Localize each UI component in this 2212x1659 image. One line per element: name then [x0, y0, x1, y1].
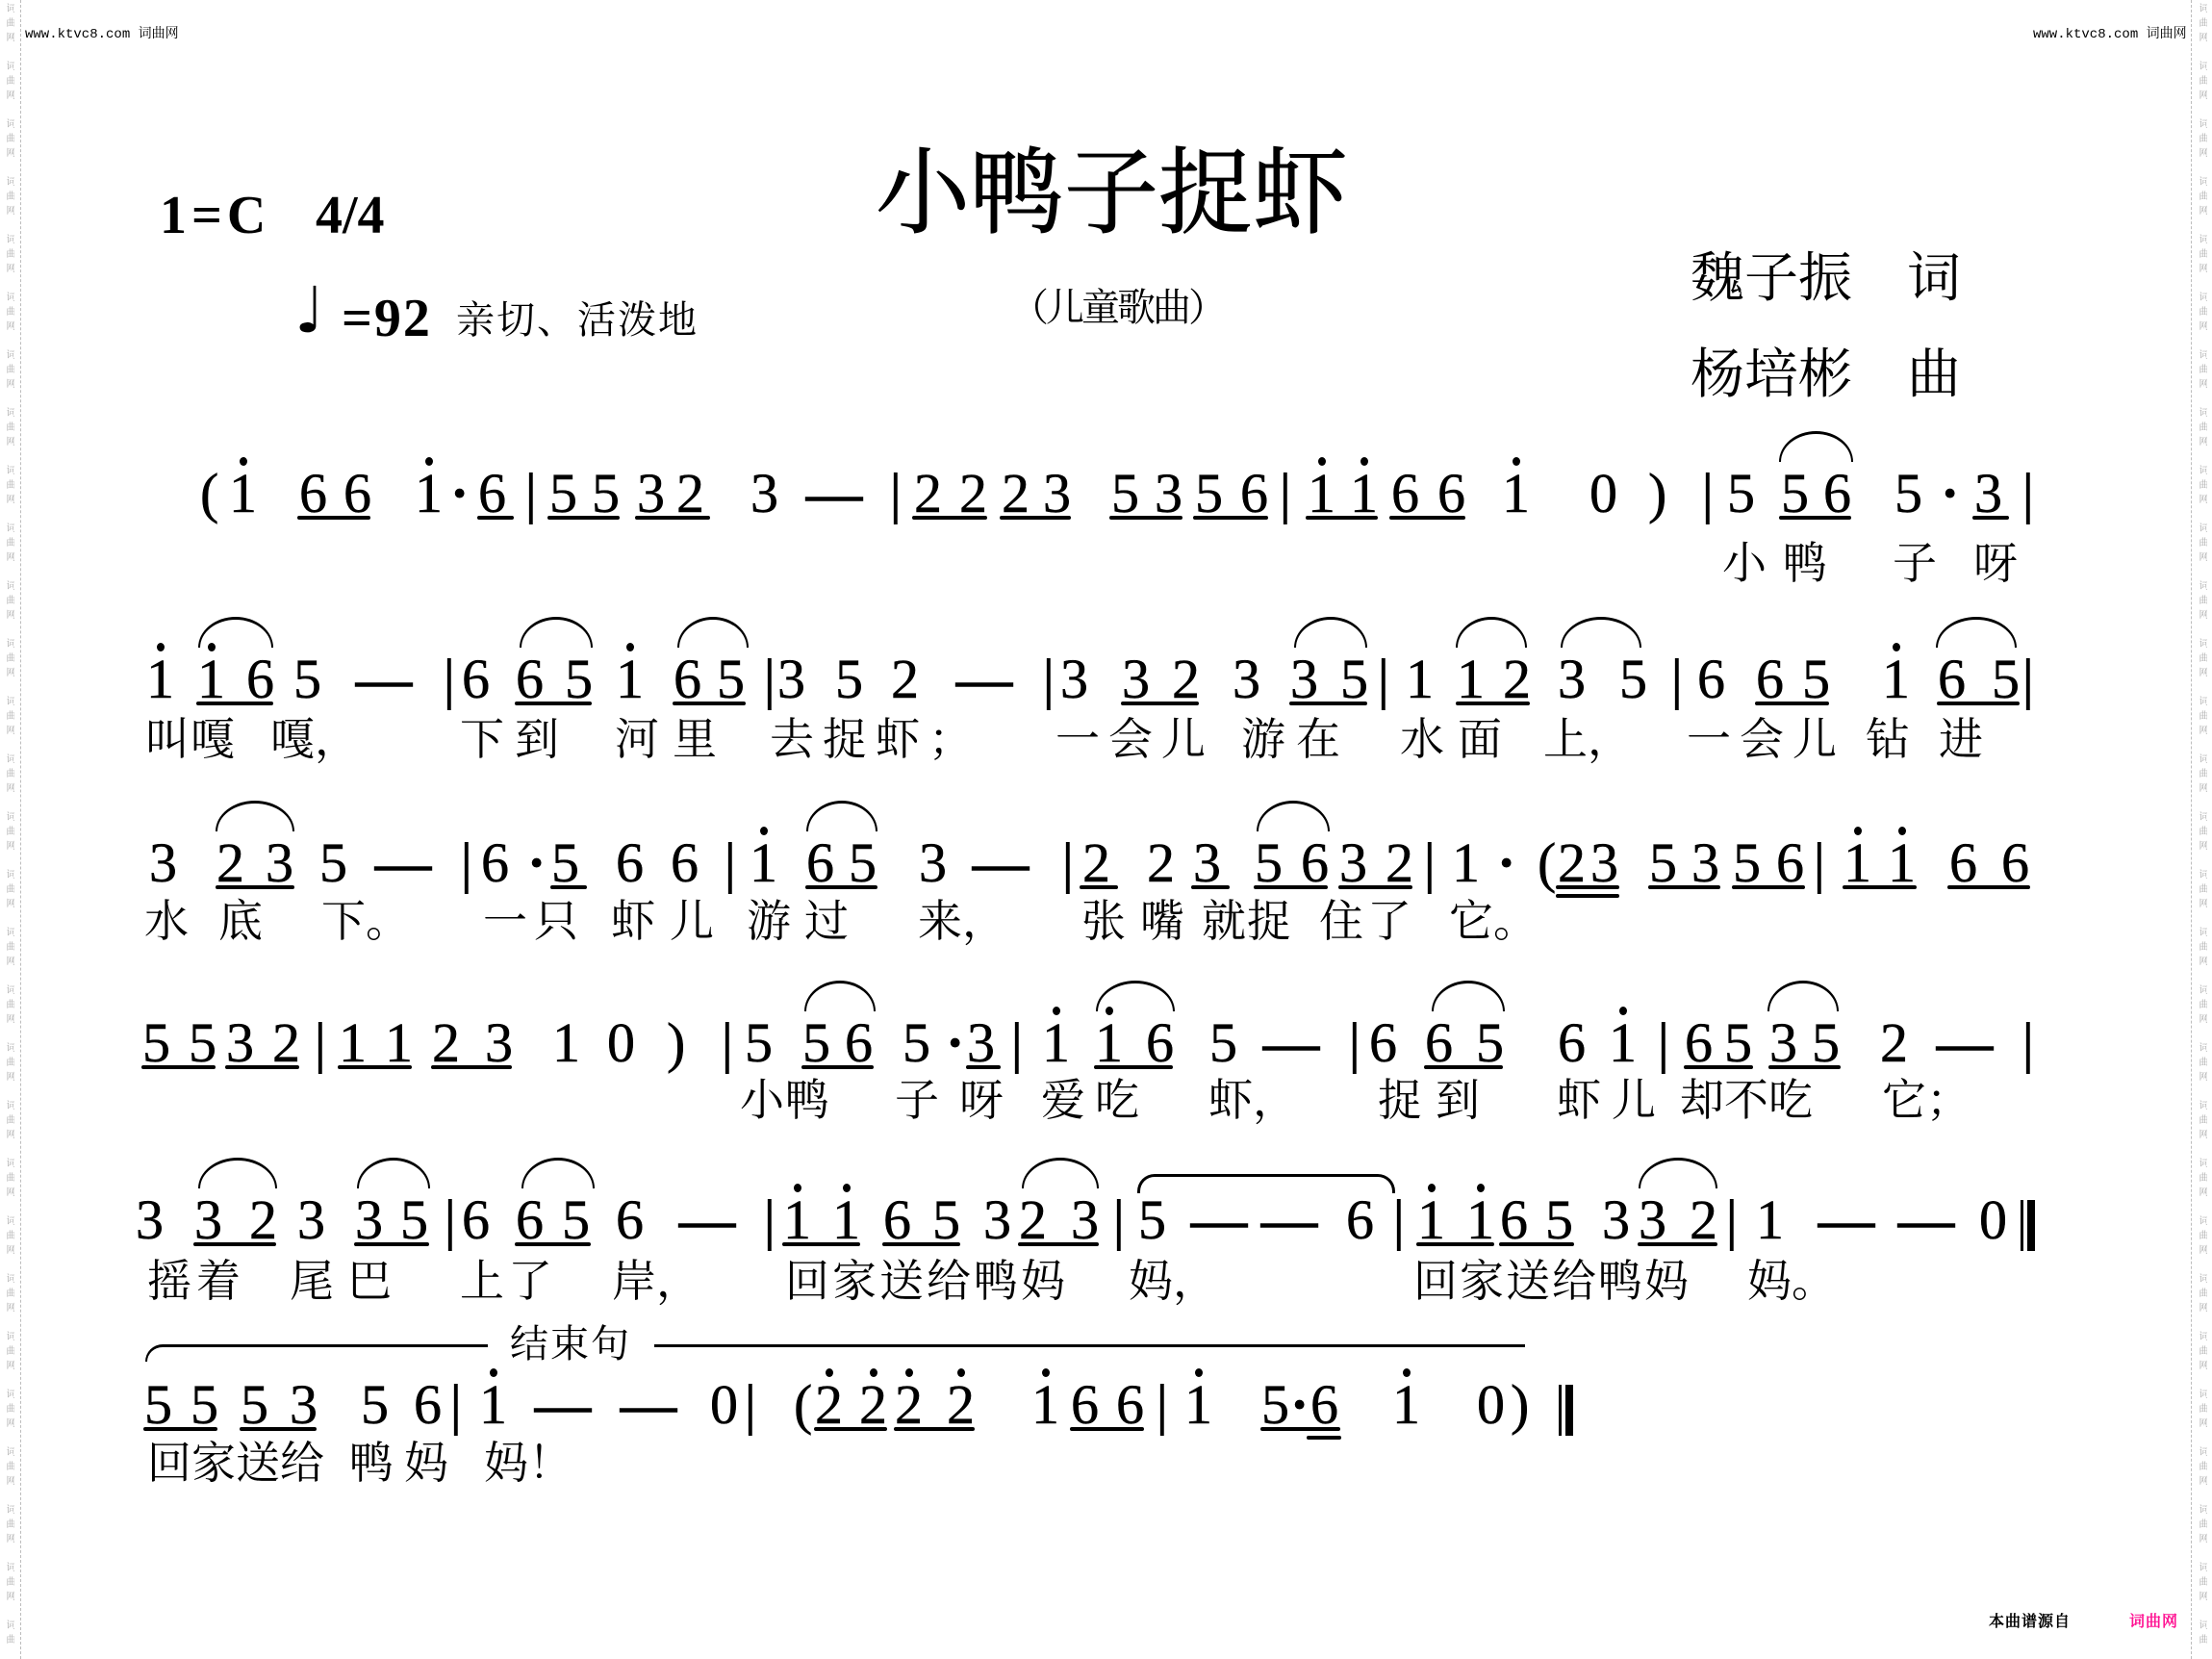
rest: 0 — [1979, 1192, 2007, 1248]
beam-underline — [635, 516, 710, 520]
dash-extension: — — [956, 651, 1012, 707]
note: 3 — [355, 1192, 383, 1248]
note: 1 — [1406, 651, 1434, 707]
note: 2 — [1880, 1015, 1908, 1071]
lyric: 尾巴 — [290, 1259, 405, 1303]
lyricist-role: 词 — [1907, 252, 1961, 306]
note: 3 — [1691, 835, 1719, 891]
augmentation-dot: · — [1941, 466, 1959, 522]
lyric: 底 — [218, 899, 263, 943]
lyric: 游过 — [747, 899, 862, 943]
note: 5 — [717, 651, 745, 707]
lyrics-row: 摇着 尾巴 上了 岸， 回家送给鸭妈 妈， 回家送给鸭妈 妈。 — [0, 1259, 2212, 1307]
lyric: 虾儿 — [611, 899, 728, 943]
note: 5 — [1340, 651, 1368, 707]
header-site-left: www.ktvc8.com 词曲网 — [25, 28, 179, 41]
beam-underline — [1972, 516, 2009, 520]
beam-underline — [193, 1242, 276, 1246]
lyric: 上， — [1543, 717, 1632, 761]
dash-extension: — — [1898, 1192, 1954, 1248]
lyric: 下到 — [460, 717, 570, 761]
note: 6 — [481, 835, 509, 891]
beam-underline — [1638, 1242, 1717, 1246]
barline: | — [2022, 466, 2034, 522]
note: 1 — [479, 1377, 507, 1433]
dash-extension: — — [1191, 1192, 1247, 1248]
note: 3 — [1155, 466, 1182, 522]
beam-underline — [1094, 1065, 1173, 1069]
beam-underline — [1732, 885, 1805, 889]
note: 5 — [745, 1015, 773, 1071]
note: 5 — [849, 835, 877, 891]
beam-underline — [196, 702, 273, 705]
note: 3 — [983, 1192, 1011, 1248]
beam-underline — [1289, 702, 1367, 705]
slur — [806, 801, 877, 831]
note: 3 — [967, 1015, 995, 1071]
note: 5 — [1195, 466, 1223, 522]
note: 2 — [1172, 651, 1200, 707]
score-line-2: 1 1 6 5 — | 6 6 5 1 6 5 | 3 5 2 — | 3 3 … — [0, 651, 2212, 719]
slur — [198, 617, 273, 648]
beam-underline — [912, 516, 987, 520]
note: 5 — [361, 1377, 389, 1433]
ending-bracket-right — [654, 1344, 1525, 1362]
slur — [1432, 981, 1505, 1011]
beam-underline — [1456, 702, 1530, 705]
slur — [1779, 431, 1853, 462]
barline: | — [1378, 651, 1389, 707]
note: 6 — [806, 835, 834, 891]
beam-underline — [550, 885, 587, 889]
note: 6 — [1301, 835, 1329, 891]
tempo-value: =92 — [342, 292, 432, 345]
lyric: 叫嘎 — [145, 717, 236, 761]
sheet-music-page: 词曲网 词曲网 词曲网 词曲网 词曲网 词曲网 词曲网 词曲网 词曲网 词曲网 … — [0, 0, 2212, 1659]
note: 2 — [1503, 651, 1531, 707]
lyric: 嘎， — [270, 717, 359, 761]
slur — [216, 801, 294, 831]
note: 3 — [1769, 1015, 1797, 1071]
barline: | — [1424, 835, 1436, 891]
key-signature: 1=C — [160, 189, 270, 242]
note: 5 — [241, 1377, 268, 1433]
note: 6 — [671, 835, 699, 891]
barline: | — [1726, 1192, 1738, 1248]
note: 1 — [1466, 1192, 1494, 1248]
slur — [804, 981, 876, 1011]
barline: | — [1280, 466, 1291, 522]
note: 6 — [462, 651, 490, 707]
barline: | — [722, 1015, 733, 1071]
note: 6 — [674, 651, 701, 707]
note: 1 — [552, 1015, 580, 1071]
beam-underline — [1121, 702, 1199, 705]
note: 6 — [1685, 1015, 1713, 1071]
lyric: 回家送给 — [147, 1441, 324, 1485]
note: 3 — [1974, 466, 2002, 522]
lyric: 妈。 — [1747, 1259, 1836, 1303]
slur — [1257, 801, 1330, 831]
note: 6 — [1437, 466, 1465, 522]
beam-underline — [1191, 885, 1230, 889]
note: 6 — [1938, 651, 1966, 707]
barline: | — [1349, 1015, 1360, 1071]
lyric: 摇着 — [147, 1259, 245, 1303]
note: 1 — [783, 1192, 811, 1248]
note: 2 — [216, 835, 244, 891]
note: 3 — [485, 1015, 513, 1071]
beam-underline — [1338, 885, 1412, 889]
note: 6 — [1776, 835, 1804, 891]
note: 6 — [1391, 466, 1419, 522]
barline: | — [1113, 1192, 1125, 1248]
slur — [1294, 617, 1367, 648]
barline: | — [1011, 1015, 1023, 1071]
beam-underline — [882, 1242, 960, 1246]
note: 1 — [1457, 651, 1485, 707]
lyric: 鸭 — [349, 1441, 394, 1485]
note: 6 — [1823, 466, 1851, 522]
note: 3 — [149, 835, 177, 891]
note: 6 — [1146, 1015, 1174, 1071]
note: 1 — [1042, 1015, 1070, 1071]
augmentation-dot: · — [1497, 835, 1515, 891]
beam-underline — [338, 1065, 412, 1069]
note: 6 — [1949, 835, 1977, 891]
note: 1 — [339, 1015, 367, 1071]
note: 5 — [1111, 466, 1139, 522]
note: 1 — [385, 1015, 413, 1071]
dash-extension: — — [679, 1192, 735, 1248]
slur — [198, 1158, 277, 1188]
note: 1 — [1095, 1015, 1123, 1071]
note: 3 — [290, 1377, 318, 1433]
final-barline: ‖ — [2021, 1200, 2035, 1251]
note: 6 — [616, 1192, 644, 1248]
note: 3 — [136, 1192, 164, 1248]
note: 2 — [272, 1015, 300, 1071]
dash-extension: — — [535, 1377, 591, 1433]
barline: | — [1814, 835, 1825, 891]
barline: | — [1702, 466, 1714, 522]
note: 1 — [1452, 835, 1480, 891]
note: 3 — [777, 651, 805, 707]
note: 6 — [516, 651, 544, 707]
beam-underline — [477, 516, 514, 520]
beam-underline — [1070, 1427, 1144, 1431]
slur — [677, 617, 749, 648]
note: 2 — [1019, 1192, 1047, 1248]
footer-source-label: 本曲谱源自 — [1989, 1614, 2071, 1629]
note: 2 — [959, 466, 987, 522]
note: 6 — [1756, 651, 1784, 707]
rest: 0 — [1589, 466, 1617, 522]
ending-bracket-left — [145, 1344, 488, 1362]
barline: | — [1393, 1192, 1405, 1248]
note: 5 — [1649, 835, 1677, 891]
note: 5 — [1138, 1192, 1166, 1248]
note: 3 — [1590, 835, 1618, 891]
note: 6 — [616, 835, 644, 891]
note: 1 — [1184, 1377, 1212, 1433]
lyric: 子 — [1893, 541, 1937, 585]
composer-name: 杨培彬 — [1691, 348, 1852, 402]
note: 1 — [750, 835, 777, 891]
barline: | — [315, 1015, 326, 1071]
beam-underline — [297, 516, 370, 520]
note: 2 — [815, 1377, 843, 1433]
note: 1 — [1350, 466, 1378, 522]
note: 1 — [1502, 466, 1530, 522]
beam-underline — [1424, 1065, 1503, 1069]
note: 2 — [891, 651, 919, 707]
note: 1 — [1031, 1377, 1059, 1433]
augmentation-dot: · — [450, 466, 469, 522]
note: 1 — [197, 651, 225, 707]
barline: | — [1658, 1015, 1669, 1071]
note: 2 — [1690, 1192, 1717, 1248]
note: 5 — [1992, 651, 2020, 707]
dash-extension: — — [356, 651, 412, 707]
note: 1 — [415, 466, 443, 522]
beam-underline — [225, 1065, 299, 1069]
note: 6 — [1240, 466, 1268, 522]
lyrics-row: 小鸭 子呀 爱吃 虾， 捉到 虾儿 却不吃 它； — [0, 1078, 2212, 1126]
note: 5 — [549, 466, 577, 522]
beam-underline — [966, 1065, 1001, 1069]
note: 5 — [562, 1192, 590, 1248]
note: 2 — [1147, 835, 1175, 891]
barline: | — [1062, 835, 1074, 891]
lyric: 张嘴 — [1081, 899, 1199, 943]
lyric: 水面 — [1400, 717, 1515, 761]
note: 6 — [414, 1377, 442, 1433]
score-line-3: 3 2 3 5 — | 6 · 5 6 6 | 1 6 5 3 — | 2 2 … — [0, 835, 2212, 903]
beam-underline — [801, 1065, 874, 1069]
lyric: 却不吃 — [1680, 1078, 1813, 1122]
note: 5 — [144, 1377, 172, 1433]
note: 5 — [802, 1015, 830, 1071]
note: 5 — [191, 1377, 218, 1433]
dash-extension: — — [1263, 1015, 1319, 1071]
note: 1 — [1888, 835, 1916, 891]
note: 5 — [592, 466, 620, 522]
lyric: 一会儿 — [1687, 717, 1845, 761]
lyric: 妈！ — [484, 1441, 572, 1485]
note: 6 — [2001, 835, 2029, 891]
beam-underline — [1779, 516, 1851, 520]
note: 6 — [478, 466, 506, 522]
lyric: 它； — [1882, 1078, 1970, 1122]
dash-extension: — — [1818, 1192, 1874, 1248]
slur — [1096, 981, 1175, 1011]
note: 1 — [1392, 1377, 1420, 1433]
ending-label: 结束句 — [510, 1325, 631, 1364]
score-line-4: 5 5 3 2 | 1 1 2 3 1 0 ) | 5 5 6 5 · 3 | … — [0, 1015, 2212, 1083]
beam-underline — [1684, 1065, 1753, 1069]
barline: | — [1671, 651, 1683, 707]
note: 5 — [189, 1015, 216, 1071]
footer-brand-link[interactable]: 词曲网 — [2129, 1614, 2178, 1629]
beam-underline — [1260, 1427, 1340, 1431]
note: 5 — [1545, 1192, 1573, 1248]
slur — [1936, 617, 2017, 648]
slur — [1561, 617, 1641, 648]
note: 2 — [1386, 835, 1413, 891]
note: 1 — [146, 651, 174, 707]
beam-underline — [547, 516, 620, 520]
dash-extension: — — [375, 835, 431, 891]
beam-underline — [431, 1065, 512, 1069]
note: 5 — [1255, 835, 1283, 891]
note: 3 — [1290, 651, 1318, 707]
rest: 0 — [710, 1377, 738, 1433]
note: 5 — [1209, 1015, 1237, 1071]
beam-underline — [1389, 516, 1465, 520]
lyric: 它。 — [1449, 899, 1538, 943]
dash-extension: — — [1261, 1192, 1317, 1248]
note: 5 — [1261, 1377, 1289, 1433]
lyric: 捉到 — [1378, 1078, 1493, 1122]
note: 5 — [551, 835, 579, 891]
note: 3 — [226, 1015, 254, 1071]
barline: | — [1043, 651, 1055, 707]
note: 6 — [516, 1192, 544, 1248]
barline: | — [450, 1377, 462, 1433]
note: 3 — [1639, 1192, 1666, 1248]
beam-underline — [1947, 885, 2030, 889]
note: 5 — [565, 651, 593, 707]
beam-underline — [814, 1427, 887, 1431]
score-line-1: ( 1 6 6 1 · 6 | 5 5 3 2 3 — | 2 2 2 3 5 … — [0, 466, 2212, 533]
note: 2 — [676, 466, 704, 522]
note: 5 — [1476, 1015, 1504, 1071]
note: 5 — [400, 1192, 428, 1248]
beam-underline — [515, 1242, 591, 1246]
beam-underline — [1018, 1242, 1099, 1246]
note: 3 — [919, 835, 947, 891]
lyric: 去捉虾； — [770, 717, 981, 761]
lyric: 爱吃 — [1041, 1078, 1149, 1122]
note: 2 — [947, 1377, 975, 1433]
note: 5 — [1727, 466, 1755, 522]
note: 5 — [1781, 466, 1809, 522]
dash-extension: — — [621, 1377, 676, 1433]
note: 6 — [343, 466, 371, 522]
note: 6 — [246, 651, 274, 707]
barline: | — [725, 835, 736, 891]
note: 1 — [832, 1192, 860, 1248]
lyrics-row: 水 底 下。 一只 虾儿 游过 来， 张嘴 就捉 住了 它。 — [0, 899, 2212, 947]
beam-underline — [1843, 885, 1917, 889]
beam-underline — [782, 1242, 860, 1246]
note: 6 — [1071, 1377, 1099, 1433]
note: 2 — [859, 1377, 887, 1433]
lyrics-row: 叫嘎 嘎， 下到 河里 去捉虾； 一会儿 游在 水面 上， 一会儿 钻 进 — [0, 717, 2212, 765]
note: 3 — [1060, 651, 1088, 707]
note: 6 — [1500, 1192, 1528, 1248]
note: 3 — [1339, 835, 1367, 891]
paren-open: ( — [200, 466, 218, 522]
score-line-5: 3 3 2 3 3 5 | 6 6 5 6 — | 1 1 6 5 3 2 3 … — [0, 1192, 2212, 1260]
note: 6 — [299, 466, 327, 522]
lyric: 住了 — [1319, 899, 1415, 943]
paren-open: ( — [1538, 835, 1556, 891]
lyric: 回家送给鸭妈 — [785, 1259, 1068, 1303]
note: 2 — [1002, 466, 1030, 522]
note: 3 — [266, 835, 293, 891]
lyric: 妈， — [1129, 1259, 1217, 1303]
barline: | — [764, 1192, 775, 1248]
note: 1 — [1882, 651, 1910, 707]
beam-underline — [1768, 1065, 1841, 1069]
note: 2 — [249, 1192, 277, 1248]
note: 1 — [1756, 1192, 1784, 1248]
beam-underline-second — [1556, 894, 1619, 898]
note: 5 — [1802, 651, 1830, 707]
note: 3 — [1043, 466, 1071, 522]
note: 3 — [1558, 651, 1586, 707]
slur — [521, 1158, 595, 1188]
note: 2 — [895, 1377, 923, 1433]
note: 6 — [883, 1192, 911, 1248]
note: 6 — [1116, 1377, 1144, 1433]
barline: | — [444, 651, 455, 707]
lyric: 河里 — [615, 717, 730, 761]
note: 3 — [1233, 651, 1260, 707]
note: 5 — [1724, 1015, 1752, 1071]
tie — [1137, 1174, 1395, 1193]
note: 5 — [903, 1015, 930, 1071]
barline: | — [1157, 1377, 1168, 1433]
paren-close: ) — [1511, 1377, 1529, 1433]
note: 5 — [319, 835, 347, 891]
lyric: 水 — [144, 899, 189, 943]
slur — [1639, 1158, 1717, 1188]
augmentation-dot: · — [1290, 1377, 1309, 1433]
barline: | — [2022, 1015, 2034, 1071]
note: 1 — [229, 466, 257, 522]
beam-underline — [354, 1242, 429, 1246]
score-line-6: 结束句 5 5 5 3 5 6 | 1 — — 0 | ( 2 2 2 2 1 … — [0, 1377, 2212, 1444]
barline: | — [745, 1377, 756, 1433]
augmentation-dot: · — [946, 1015, 964, 1071]
note: 1 — [1308, 466, 1335, 522]
barline: | — [2022, 651, 2034, 707]
lyric: 妈 — [404, 1441, 448, 1485]
beam-underline — [805, 885, 877, 889]
barline: | — [525, 466, 537, 522]
lyric: 钻 — [1866, 717, 1910, 761]
note: 5 — [1894, 466, 1922, 522]
beam-underline — [673, 702, 746, 705]
lyric: 岸， — [612, 1259, 700, 1303]
note: 2 — [1082, 835, 1110, 891]
note: 3 — [637, 466, 665, 522]
lyric: 呀 — [1973, 541, 2018, 585]
note: 1 — [1843, 835, 1871, 891]
slur — [357, 1158, 430, 1188]
slur — [1767, 981, 1839, 1011]
beam-underline — [1000, 516, 1071, 520]
augmentation-dot: · — [527, 835, 546, 891]
note: 5 — [1619, 651, 1647, 707]
note: 3 — [1071, 1192, 1099, 1248]
note: 6 — [1346, 1192, 1374, 1248]
paren-open: ( — [794, 1377, 812, 1433]
beam-underline — [240, 1427, 317, 1431]
